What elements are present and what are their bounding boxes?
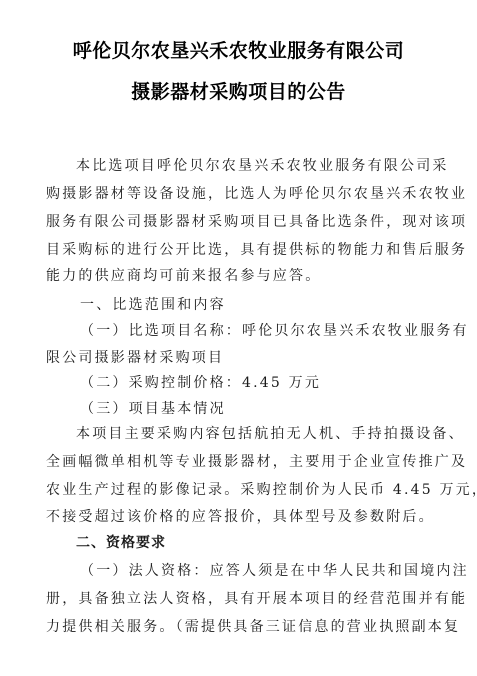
section1-item1: （一）比选项目名称：呼伦贝尔农垦兴禾农牧业服务有 [80,320,469,340]
section1-item2: （二）采购控制价格：4.45 万元 [80,372,321,392]
intro-line: 本比选项目呼伦贝尔农垦兴禾农牧业服务有限公司采 [76,155,449,175]
intro-line: 购摄影器材等设备设施，比选人为呼伦贝尔农垦兴禾农牧业 [46,183,467,203]
section1-body-line: 不接受超过该价格的应答报价，具体型号及参数附后。 [46,506,435,526]
section1-body-line: 农业生产过程的影像记录。采购控制价为人民币 4.45 万元， [46,479,477,499]
section2-heading: 二、资格要求 [76,532,166,552]
section1-heading: 一、比选范围和内容 [80,294,226,314]
section1-body-line: 本项目主要采购内容包括航拍无人机、手持拍摄设备、 [76,423,465,443]
intro-line: 服务有限公司摄影器材采购项目已具备比选条件，现对该项 [46,211,467,231]
section2-line: 力提供相关服务。（需提供具备三证信息的营业执照副本复 [46,616,460,636]
section1-item3: （三）项目基本情况 [80,398,226,418]
intro-line: 目采购标的进行公开比选，具有提供标的物能力和售后服务 [46,239,467,259]
section1-body-line: 全画幅微单相机等专业摄影器材，主要用于企业宣传推广及 [46,451,467,471]
section1-item1-cont: 限公司摄影器材采购项目 [46,347,224,367]
title-line-2: 摄影器材采购项目的公告 [0,77,477,104]
section2-line: （一）法人资格：应答人须是在中华人民共和国境内注 [80,560,469,580]
section2-line: 册，具备独立法人资格，具有开展本项目的经营范围并有能 [46,588,467,608]
title-line-1: 呼伦贝尔农垦兴禾农牧业服务有限公司 [0,36,477,63]
intro-line: 能力的供应商均可前来报名参与应答。 [46,265,321,285]
